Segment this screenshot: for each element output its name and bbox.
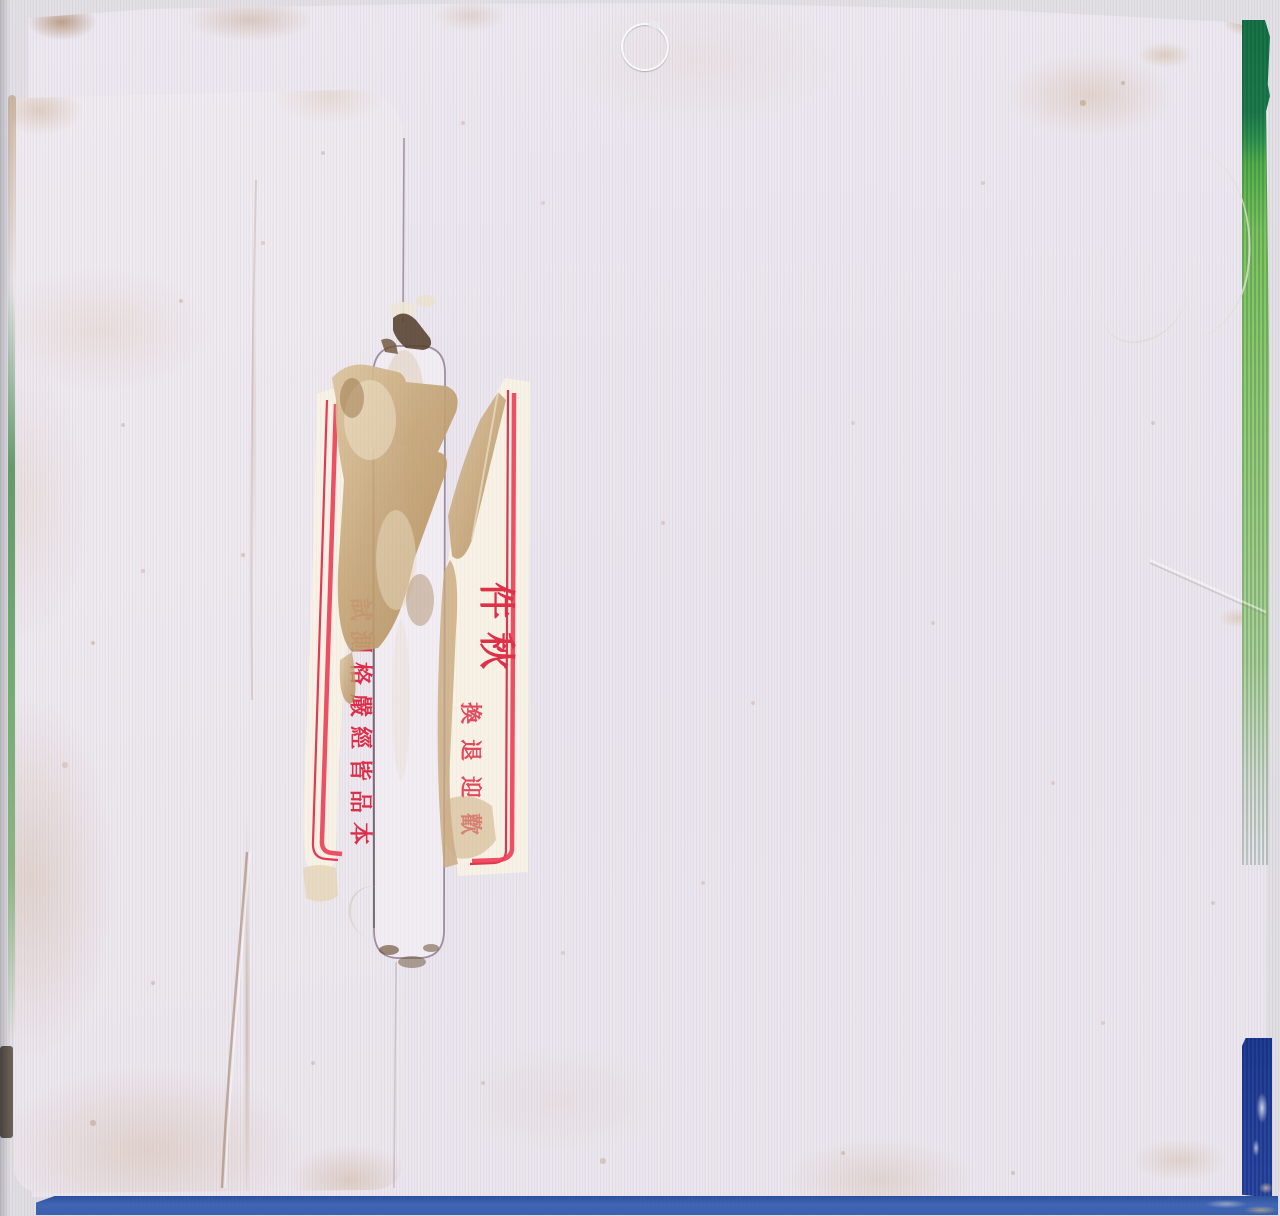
slot-debris-top xyxy=(393,313,431,350)
tab-stain xyxy=(392,620,410,780)
stain-speckles xyxy=(0,0,2,2)
slot-and-label-collage: 本品皆經嚴格測試 秋件 歡迎退換 xyxy=(0,0,1280,1216)
flap-cut-line-lower xyxy=(394,962,396,1188)
slot-debris-bottom xyxy=(423,944,439,952)
residue-dark-spot xyxy=(340,378,364,418)
scanned-packaging-back: 本品皆經嚴格測試 秋件 歡迎退換 xyxy=(0,0,1280,1216)
crease-flap-tear xyxy=(222,852,247,1188)
crease-back-panel xyxy=(1150,560,1266,612)
crease-back-panel-shadow xyxy=(1150,563,1266,615)
torn-paper-bit xyxy=(416,295,436,307)
slot-debris-bottom xyxy=(379,945,399,955)
slot-debris-bottom xyxy=(398,956,426,968)
crease-flap-vertical xyxy=(251,180,256,700)
crease-flap-tear-highlight xyxy=(225,852,250,1188)
right-label-bold-text: 秋件 xyxy=(475,582,518,682)
residue-dark-spot xyxy=(406,574,434,626)
flap-cut-line xyxy=(403,138,404,322)
residue-scrap-bottom xyxy=(303,865,338,902)
